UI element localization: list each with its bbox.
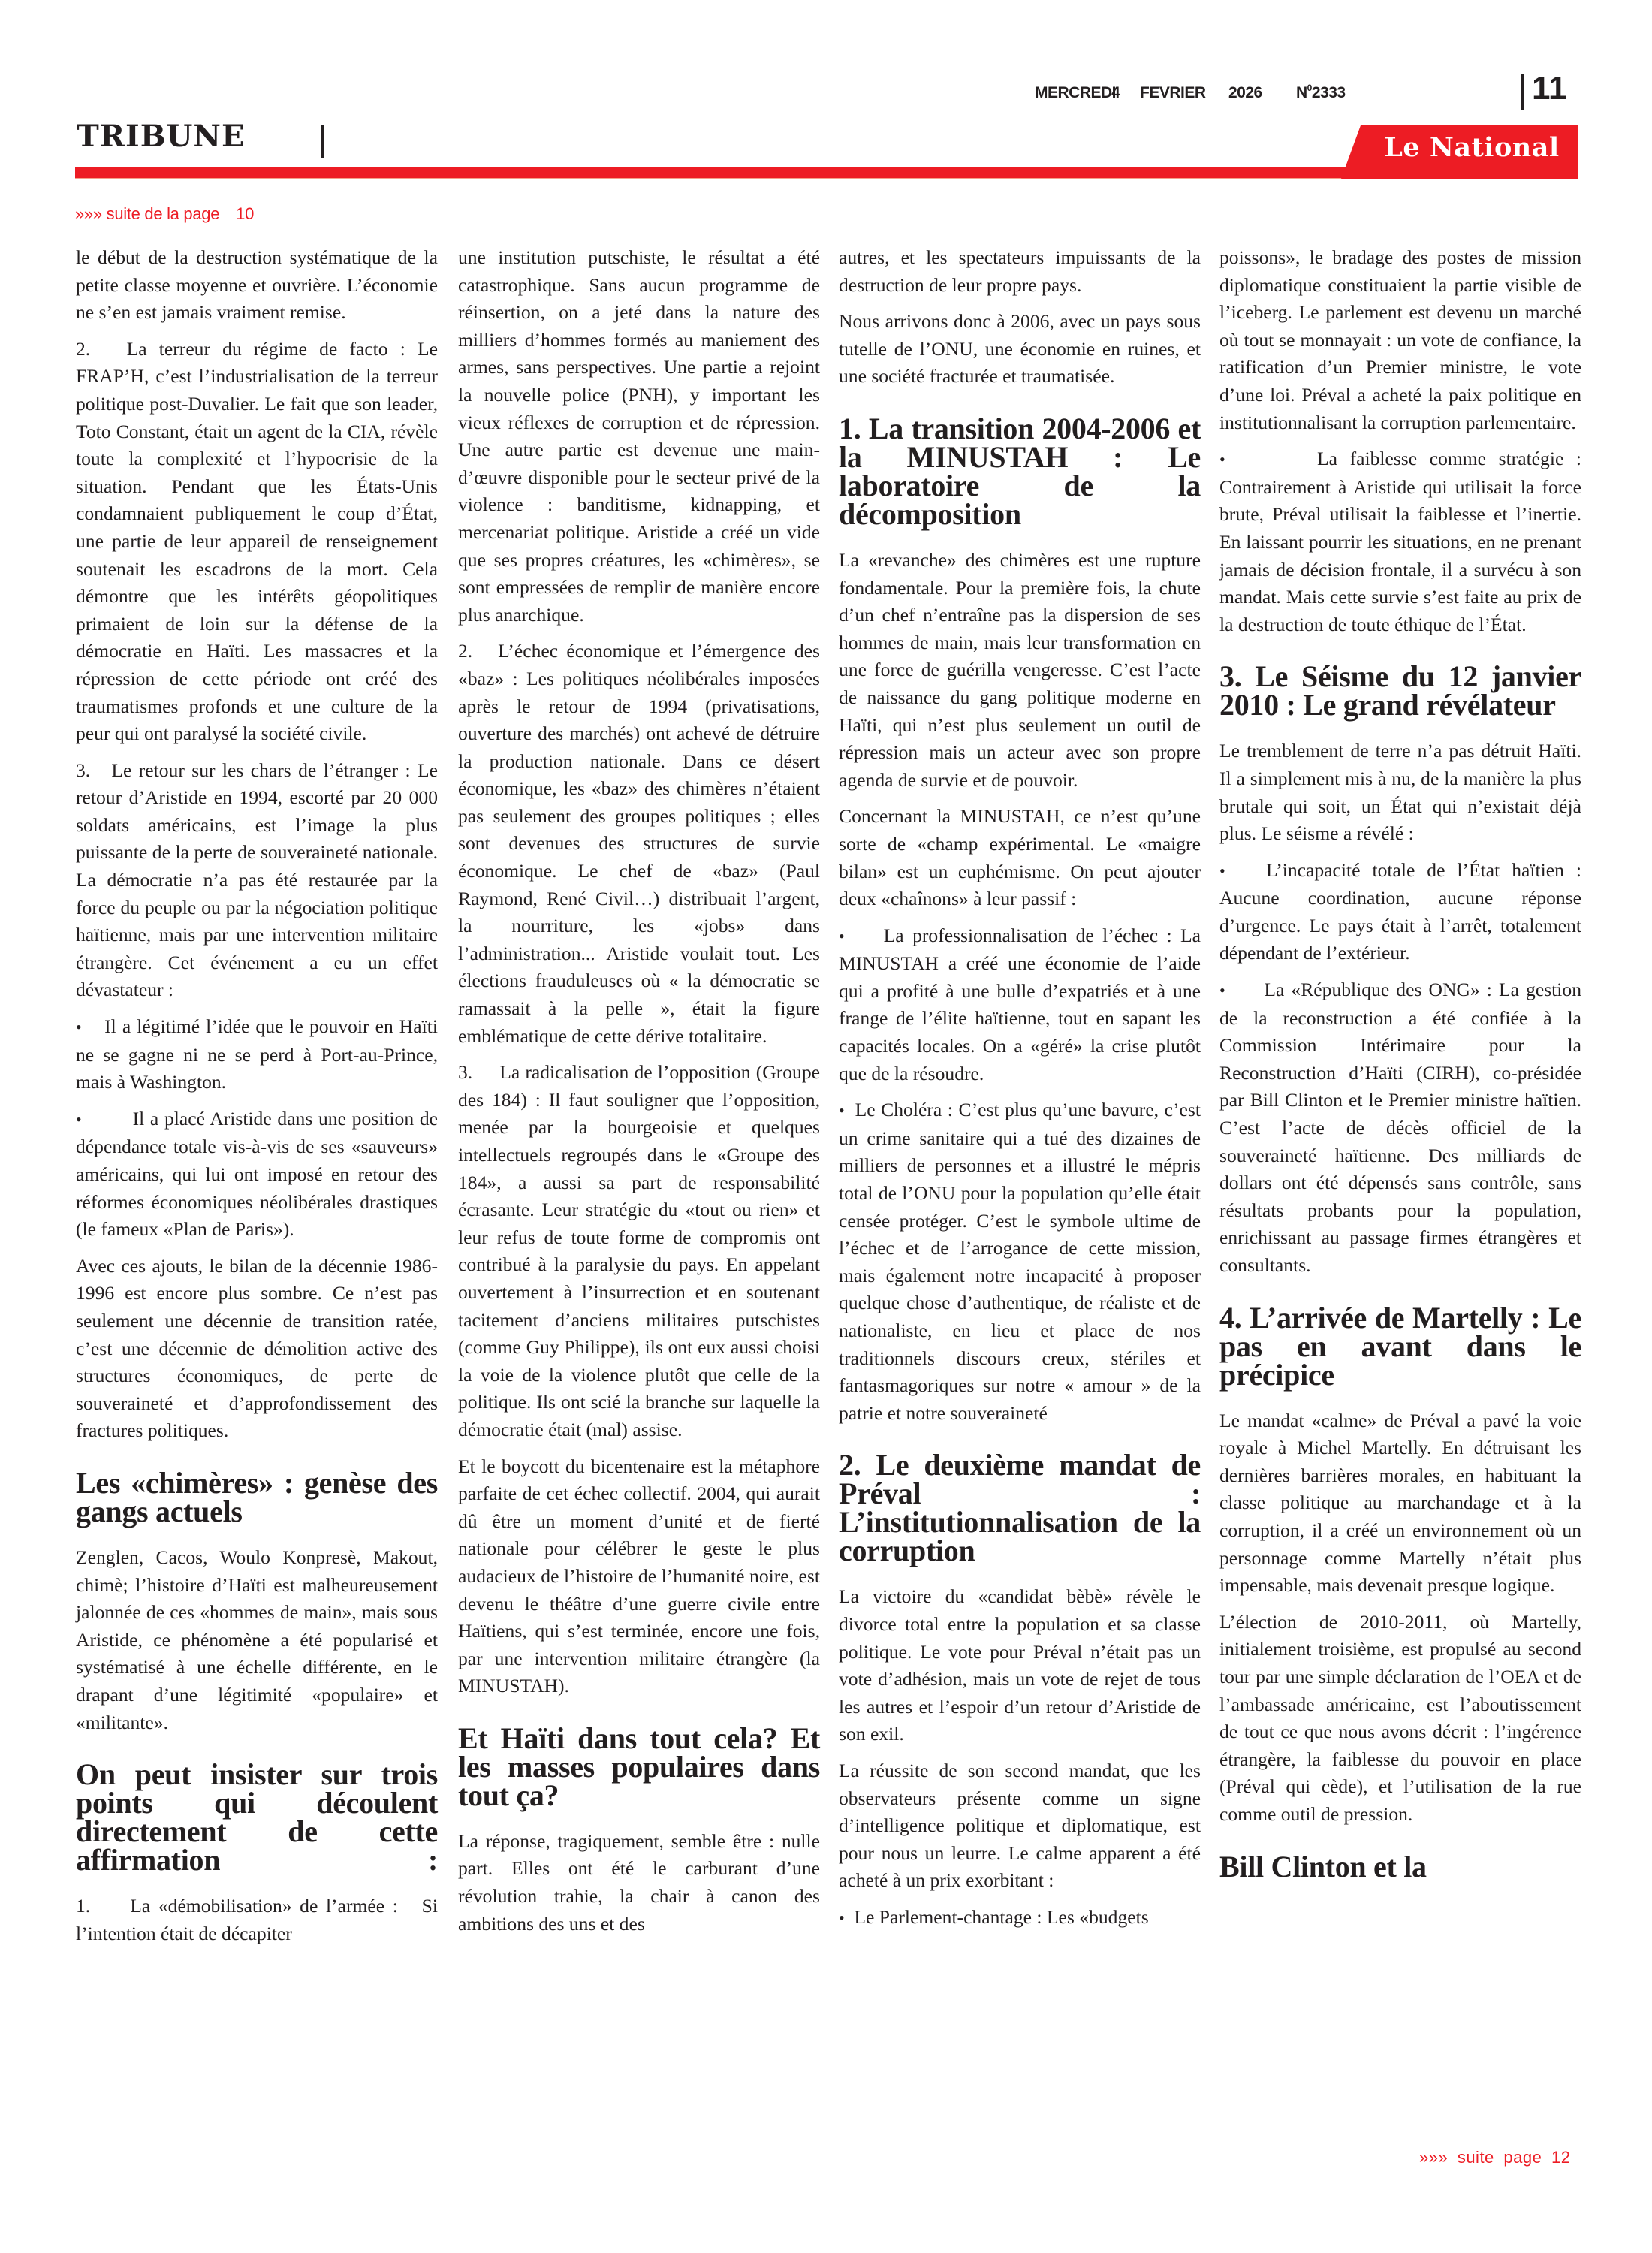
paragraph: 3. Le retour sur les chars de l’étranger… (76, 757, 438, 1004)
paragraph: La réussite de son second mandat, que le… (839, 1757, 1201, 1895)
section-heading: 4. L’arrivée de Martelly : Le pas en ava… (1219, 1304, 1581, 1389)
paragraph: Avec ces ajouts, le bilan de la décennie… (76, 1253, 438, 1445)
paragraph: Le tremblement de terre n’a pas détruit … (1219, 737, 1581, 847)
bullet-item: • Il a placé Aristide dans une position … (76, 1105, 438, 1244)
date-year: 2026 (1221, 84, 1296, 102)
paragraph: 2. La terreur du régime de facto : Le FR… (76, 336, 438, 748)
article-column-4: poissons», le bradage des postes de miss… (1219, 244, 1581, 1899)
bullet-text: La faiblesse comme stratégie : Contraire… (1219, 448, 1581, 635)
paragraph: le début de la destruction systématique … (76, 244, 438, 327)
paragraph: La victoire du «candidat bèbè» révèle le… (839, 1583, 1201, 1748)
article-column-2: une institution putschiste, le résultat … (458, 244, 820, 1947)
bullet-item: • La «République des ONG» : La gestion d… (1219, 976, 1581, 1280)
continued-from-page: 10 (236, 204, 254, 223)
article-column-3: autres, et les spectateurs impuissants d… (839, 244, 1201, 1941)
bullet-item: • La faiblesse comme stratégie : Contrai… (1219, 445, 1581, 638)
date-day: 4 (1105, 84, 1140, 102)
paragraph: 1. La «démobilisation» de l’armée : Si l… (76, 1893, 438, 1947)
issue-number: N02333 (1296, 84, 1379, 102)
section-heading: Et Haïti dans tout cela? Et les masses p… (458, 1724, 820, 1810)
paragraph: L’élection de 2010-2011, où Martelly, in… (1219, 1609, 1581, 1829)
bullet-icon: • (1219, 858, 1230, 885)
dateline: MERCREDI 4 FEVRIER 2026 N02333 (1035, 84, 1379, 102)
section-divider (321, 125, 324, 158)
section-heading: 1. La transition 2004-2006 et la MINUSTA… (839, 415, 1201, 529)
section-heading: 2. Le deuxième mandat de Préval : L’inst… (839, 1451, 1201, 1565)
section-heading: Bill Clinton et la (1219, 1853, 1581, 1881)
section-title: TRIBUNE (77, 119, 245, 154)
paragraph: La réponse, tragiquement, semble être : … (458, 1828, 820, 1938)
paragraph: poissons», le bradage des postes de miss… (1219, 244, 1581, 436)
page-number: 11 (1532, 71, 1567, 107)
paragraph: 3. La radicalisation de l’opposition (Gr… (458, 1059, 820, 1443)
bullet-icon: • (839, 1905, 849, 1932)
paragraph: 2. L’échec économique et l’émergence des… (458, 638, 820, 1050)
continued-from-link[interactable]: »»» suite de la page10 (75, 204, 254, 224)
continued-from-label: »»» suite de la page (75, 204, 219, 223)
bullet-item: • Le Choléra : C’est plus qu’une bavure,… (839, 1096, 1201, 1427)
bullet-icon: • (76, 1106, 86, 1134)
bullet-text: La «République des ONG» : La gestion de … (1219, 979, 1581, 1276)
paragraph: Et le boycott du bicentenaire est la mét… (458, 1453, 820, 1700)
continued-to-link[interactable]: »»» suite page 12 (1419, 2148, 1570, 2167)
bullet-text: La professionnalisation de l’échec : La … (839, 924, 1201, 1084)
bullet-icon: • (1219, 977, 1230, 1005)
paragraph: Concernant la MINUSTAH, ce n’est qu’une … (839, 803, 1201, 912)
bullet-icon: • (1219, 446, 1230, 474)
brand-name: Le National (1378, 132, 1566, 163)
paragraph: Zenglen, Cacos, Woulo Konpresè, Makout, … (76, 1544, 438, 1736)
paragraph: Le mandat «calme» de Préval a pavé la vo… (1219, 1407, 1581, 1600)
bullet-icon: • (76, 1014, 86, 1042)
section-heading: Les «chimères» : genèse des gangs actuel… (76, 1469, 438, 1526)
paragraph: une institution putschiste, le résultat … (458, 244, 820, 629)
date-month: FEVRIER (1140, 84, 1221, 102)
bullet-item: • La professionnalisation de l’échec : L… (839, 922, 1201, 1088)
bullet-text: L’incapacité totale de l’État haïtien : … (1219, 859, 1581, 964)
bullet-text: Le Parlement-chantage : Les «budgets (849, 1906, 1149, 1928)
bullet-item: • L’incapacité totale de l’État haïtien … (1219, 857, 1581, 967)
article-column-1: le début de la destruction systématique … (76, 244, 438, 1956)
bullet-text: Il a placé Aristide dans une position de… (76, 1108, 438, 1240)
section-heading: 3. Le Séisme du 12 janvier 2010 : Le gra… (1219, 662, 1581, 719)
paragraph: autres, et les spectateurs impuissants d… (839, 244, 1201, 299)
bullet-text: Le Choléra : C’est plus qu’une bavure, c… (839, 1099, 1201, 1424)
paragraph: Nous arrivons donc à 2006, avec un pays … (839, 308, 1201, 391)
section-heading: On peut insister sur trois points qui dé… (76, 1760, 438, 1874)
bullet-item: • Le Parlement-chantage : Les «budgets (839, 1904, 1201, 1932)
page-number-divider (1521, 74, 1524, 110)
date-weekday: MERCREDI (1035, 84, 1105, 102)
bullet-item: • Il a légitimé l’idée que le pouvoir en… (76, 1013, 438, 1096)
bullet-text: Il a légitimé l’idée que le pouvoir en H… (76, 1015, 438, 1093)
bullet-icon: • (839, 1097, 849, 1125)
paragraph: La «revanche» des chimères est une ruptu… (839, 547, 1201, 794)
bullet-icon: • (839, 923, 849, 951)
